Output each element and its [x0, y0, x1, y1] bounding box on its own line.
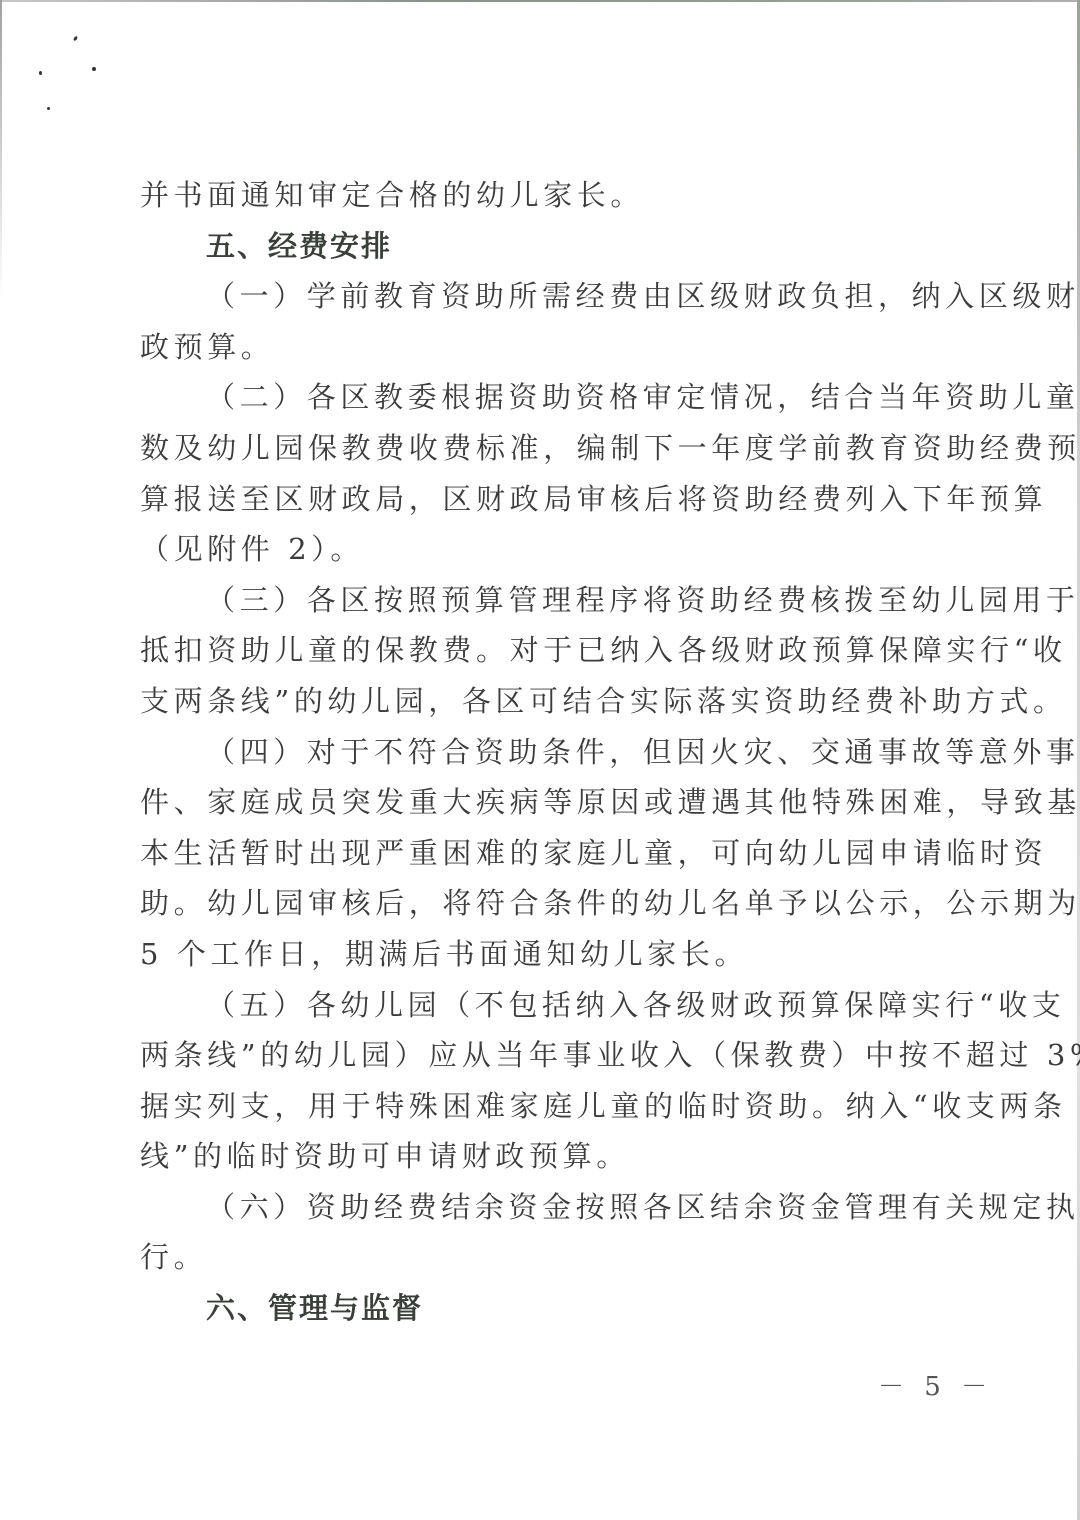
paragraph-5-line: 线”的临时资助可申请财政预算。 [140, 1131, 948, 1182]
paragraph-2-line: 数及幼儿园保教费收费标准，编制下一年度学前教育资助经费预 [140, 423, 948, 474]
paragraph-5-line: 两条线”的幼儿园）应从当年事业收入（保教费）中按不超过 3% [140, 1030, 948, 1081]
section-heading-funding: 五、经费安排 [140, 221, 948, 272]
paragraph-2-line: （见附件 2）。 [140, 524, 948, 575]
scan-edge-top [0, 0, 1080, 2]
paragraph-6-line: （六）资助经费结余资金按照各区结余资金管理有关规定执 [140, 1182, 948, 1233]
scan-edge-left [0, 0, 2, 300]
scan-speck [39, 71, 42, 75]
paragraph-6-line: 行。 [140, 1232, 948, 1283]
section-heading-management: 六、管理与监督 [140, 1283, 948, 1334]
scan-speck [92, 67, 96, 71]
scan-speck [47, 107, 50, 110]
paragraph-1-line: 政预算。 [140, 322, 948, 373]
paragraph-5-line: 据实列支，用于特殊困难家庭儿童的临时资助。纳入“收支两条 [140, 1081, 948, 1132]
paragraph-4-line: 件、家庭成员突发重大疾病等原因或遭遇其他特殊困难，导致基 [140, 777, 948, 828]
paragraph-5-line: （五）各幼儿园（不包括纳入各级财政预算保障实行“收支 [140, 980, 948, 1031]
paragraph-4-line: （四）对于不符合资助条件，但因火灾、交通事故等意外事 [140, 727, 948, 778]
scan-speck [73, 36, 78, 42]
paragraph-2-line: （二）各区教委根据资助资格审定情况，结合当年资助儿童 [140, 372, 948, 423]
paragraph-2-line: 算报送至区财政局，区财政局审核后将资助经费列入下年预算 [140, 474, 948, 525]
paragraph-1-line: （一）学前教育资助所需经费由区级财政负担，纳入区级财 [140, 271, 948, 322]
paragraph-3-line: 支两条线”的幼儿园，各区可结合实际落实资助经费补助方式。 [140, 676, 948, 727]
paragraph-3-line: 抵扣资助儿童的保教费。对于已纳入各级财政预算保障实行“收 [140, 625, 948, 676]
page-number: － 5 － [878, 1366, 993, 1403]
paragraph-3-line: （三）各区按照预算管理程序将资助经费核拨至幼儿园用于 [140, 575, 948, 626]
body-line: 并书面通知审定合格的幼儿家长。 [140, 170, 948, 221]
paragraph-4-line: 助。幼儿园审核后，将符合条件的幼儿名单予以公示，公示期为 [140, 878, 948, 929]
paragraph-4-line: 本生活暂时出现严重困难的家庭儿童，可向幼儿园申请临时资 [140, 828, 948, 879]
document-page: 并书面通知审定合格的幼儿家长。 五、经费安排 （一）学前教育资助所需经费由区级财… [140, 170, 948, 1334]
paragraph-4-line: 5 个工作日，期满后书面通知幼儿家长。 [140, 929, 948, 980]
